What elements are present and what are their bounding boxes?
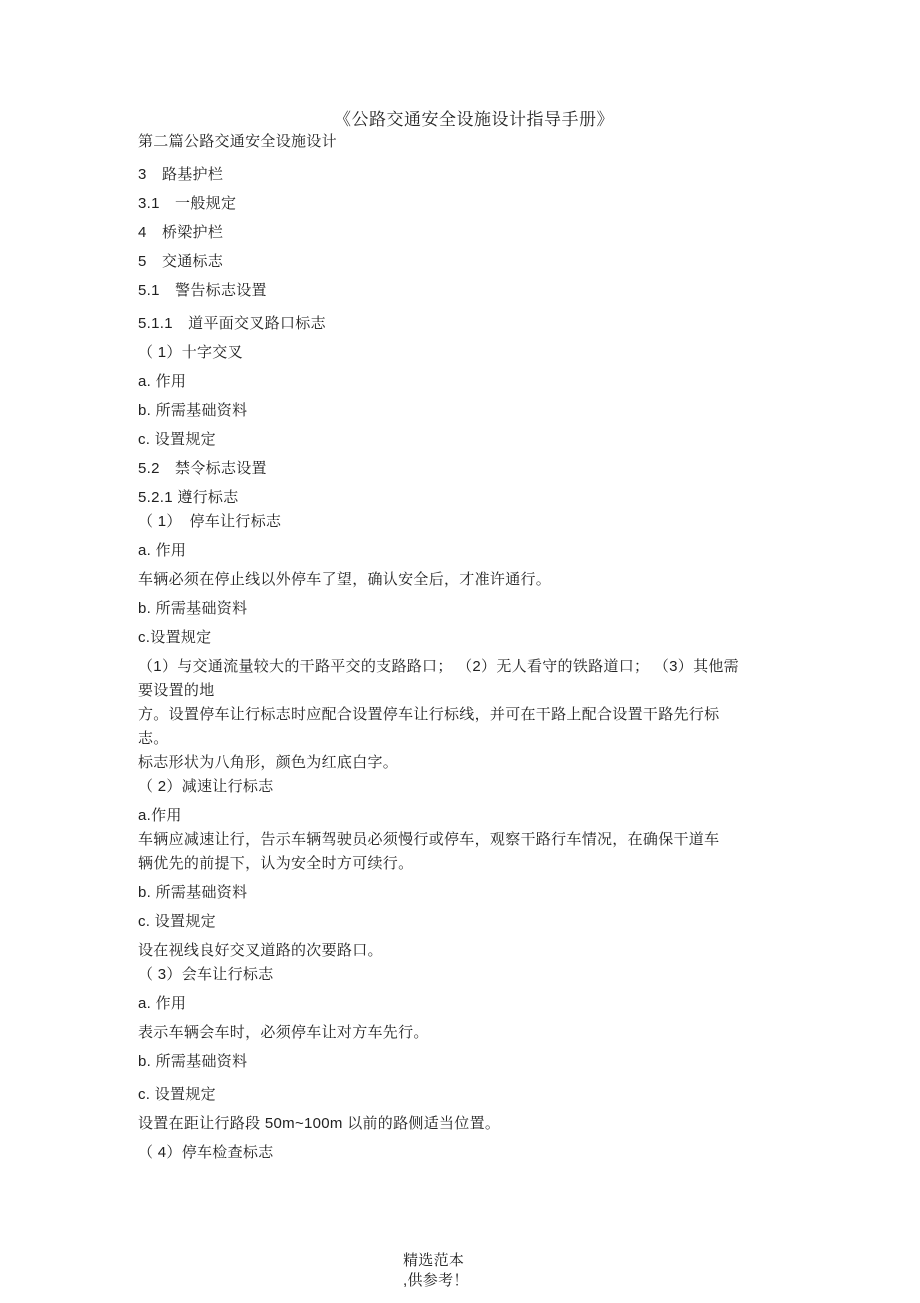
text-line: （ 1） 停车让行标志 xyxy=(138,513,810,530)
text-line: 3.1 一般规定 xyxy=(138,195,810,212)
text-line: a.作用 xyxy=(138,807,810,824)
footer-note: 精选范本 ,供参考！ xyxy=(403,1251,469,1291)
text-line: 4 桥梁护栏 xyxy=(138,224,810,241)
text-line: （ 3）会车让行标志 xyxy=(138,966,810,983)
text-line: 车辆必须在停止线以外停车了望，确认安全后，才准许通行。 xyxy=(138,571,810,588)
document-page: 《公路交通安全设施设计指导手册》 第二篇公路交通安全设施设计3 路基护栏3.1 … xyxy=(0,0,920,1303)
text-line: 5.1 警告标志设置 xyxy=(138,282,810,299)
text-line: 3 路基护栏 xyxy=(138,166,810,183)
document-title: 《公路交通安全设施设计指导手册》 xyxy=(138,110,810,130)
text-line: c. 设置规定 xyxy=(138,913,810,930)
text-line: a. 作用 xyxy=(138,995,810,1012)
text-line: 要设置的地 xyxy=(138,682,810,699)
text-line: （ 4）停车检查标志 xyxy=(138,1144,810,1161)
text-line: 5 交通标志 xyxy=(138,253,810,270)
text-line: 辆优先的前提下，认为安全时方可续行。 xyxy=(138,855,810,872)
text-line: 设在视线良好交叉道路的次要路口。 xyxy=(138,942,810,959)
text-line: b. 所需基础资料 xyxy=(138,884,810,901)
text-line: 5.2 禁令标志设置 xyxy=(138,460,810,477)
text-line: （1）与交通流量较大的干路平交的支路路口； （2）无人看守的铁路道口； （3）其… xyxy=(138,658,810,675)
text-line: c. 设置规定 xyxy=(138,1086,810,1103)
footer-line-2: ,供参考！ xyxy=(403,1271,469,1291)
document-body: 《公路交通安全设施设计指导手册》 第二篇公路交通安全设施设计3 路基护栏3.1 … xyxy=(138,110,810,1161)
text-line: 车辆应减速让行，告示车辆驾驶员必须慢行或停车，观察干路行车情况，在确保干道车 xyxy=(138,831,810,848)
document-text-lines: 第二篇公路交通安全设施设计3 路基护栏3.1 一般规定4 桥梁护栏5 交通标志5… xyxy=(138,133,810,1161)
text-line: 5.1.1 道平面交叉路口标志 xyxy=(138,315,810,332)
text-line: c. 设置规定 xyxy=(138,431,810,448)
text-line: 标志形状为八角形，颜色为红底白字。 xyxy=(138,754,810,771)
text-line: b. 所需基础资料 xyxy=(138,600,810,617)
text-line: c.设置规定 xyxy=(138,629,810,646)
text-line: （ 1）十字交叉 xyxy=(138,344,810,361)
text-line: b. 所需基础资料 xyxy=(138,402,810,419)
footer-line-1: 精选范本 xyxy=(403,1251,469,1271)
text-line: 第二篇公路交通安全设施设计 xyxy=(138,133,810,150)
text-line: 表示车辆会车时，必须停车让对方车先行。 xyxy=(138,1024,810,1041)
text-line: 志。 xyxy=(138,730,810,747)
text-line: a. 作用 xyxy=(138,542,810,559)
text-line: a. 作用 xyxy=(138,373,810,390)
text-line: 5.2.1 遵行标志 xyxy=(138,489,810,506)
text-line: （ 2）减速让行标志 xyxy=(138,778,810,795)
text-line: 方。设置停车让行标志时应配合设置停车让行标线，并可在干路上配合设置干路先行标 xyxy=(138,706,810,723)
text-line: b. 所需基础资料 xyxy=(138,1053,810,1070)
text-line: 设置在距让行路段 50m~100m 以前的路侧适当位置。 xyxy=(138,1115,810,1132)
